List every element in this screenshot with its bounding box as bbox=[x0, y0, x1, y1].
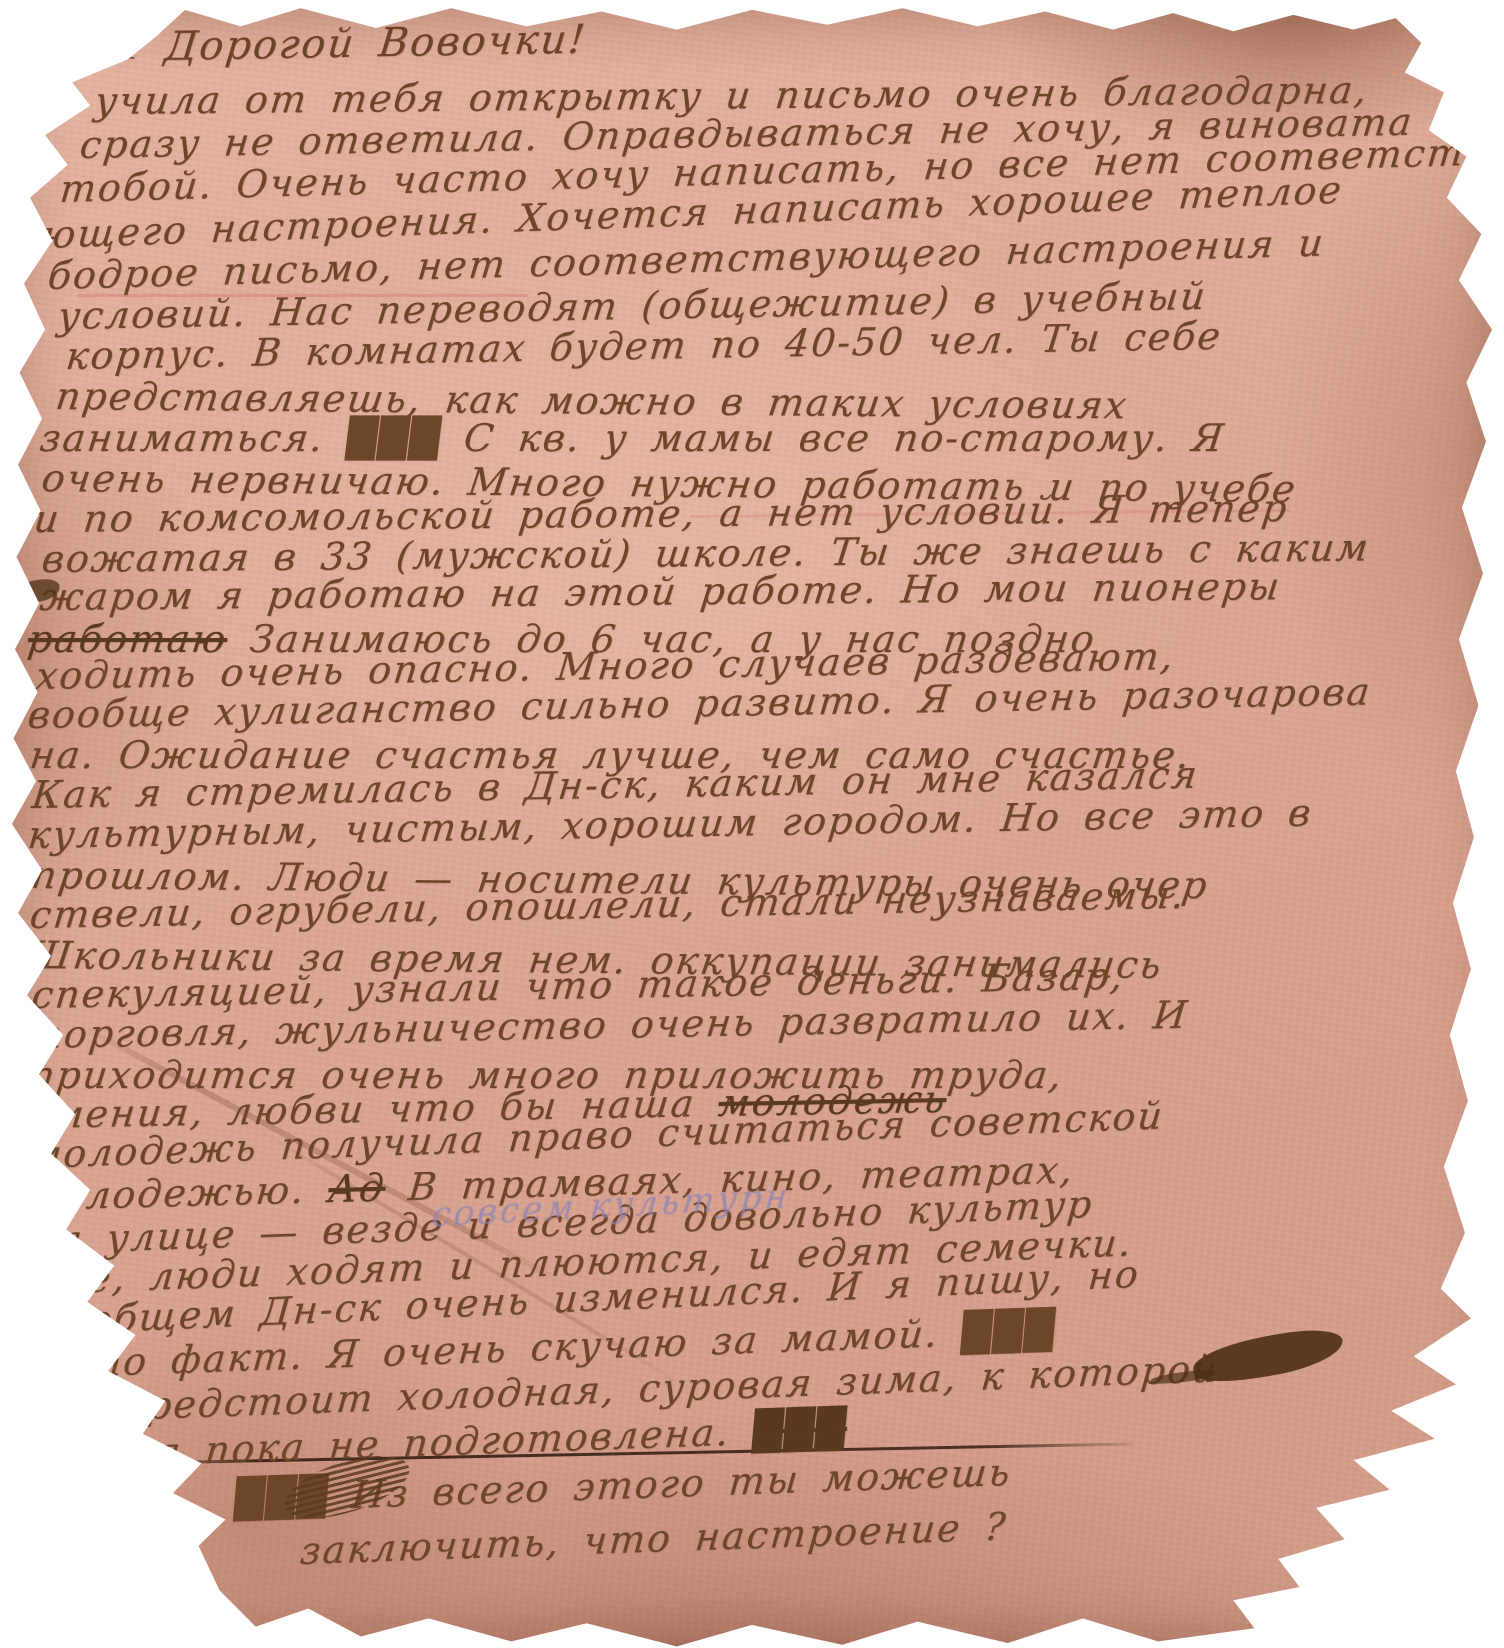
scan-background: п Дорогой Вовочки! учила от тебя открытк… bbox=[0, 0, 1504, 1648]
ink-blot bbox=[1190, 1324, 1346, 1387]
letter-line-9: заниматься. ███ С кв. у мамы все по-стар… bbox=[38, 419, 1228, 459]
struck-word: ███ bbox=[751, 1406, 848, 1453]
letter-paper: п Дорогой Вовочки! учила от тебя открытк… bbox=[0, 0, 1504, 1648]
letter-line-13: жаром я работаю на этой работе. Но мои п… bbox=[38, 567, 1284, 618]
letter-line-36: заключить, что настроение ? bbox=[298, 1507, 1009, 1572]
salutation-line: Дорогой Вовочки! bbox=[163, 19, 589, 68]
struck-word: Ад bbox=[326, 1166, 387, 1212]
edge-letter-fragment: п bbox=[114, 30, 137, 66]
